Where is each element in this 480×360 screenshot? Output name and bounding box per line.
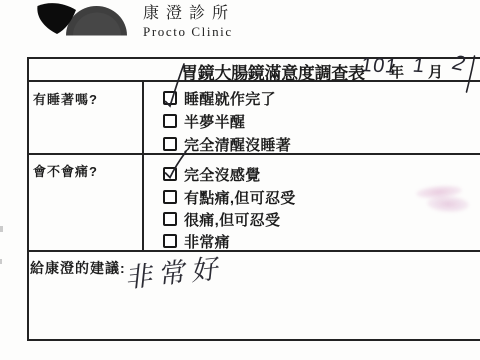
option-label: 完全沒感覺 (184, 164, 261, 185)
q1-option-row-3: 完全清醒沒睡著 (163, 136, 291, 152)
table-column-divider (142, 80, 144, 252)
table-border-row3-top (27, 250, 480, 252)
option-label: 有點痛,但可忍受 (184, 187, 296, 208)
q2-option-row-1: 完全沒感覺 (163, 166, 261, 182)
checkbox-icon (163, 114, 177, 128)
month-label: 月 (428, 61, 443, 82)
option-label: 很痛,但可忍受 (184, 209, 280, 230)
checkbox-icon (163, 137, 177, 151)
q1-option-row-1: 睡醒就作完了 (163, 90, 276, 106)
checkbox-icon (163, 212, 177, 226)
question-1-label: 有睡著嗎? (33, 89, 98, 108)
table-border-left (27, 57, 29, 341)
clinic-name-english: Procto Clinic (143, 25, 235, 38)
table-border-bottom (27, 339, 480, 341)
clinic-logo (33, 2, 129, 36)
option-label: 半夢半醒 (184, 111, 245, 132)
checkbox-icon (163, 91, 177, 105)
clinic-name-block: 康澄診所 Procto Clinic (143, 6, 235, 38)
q1-option-row-2: 半夢半醒 (163, 113, 245, 129)
form-title: 胃鏡大腸鏡滿意度調查表 (181, 59, 365, 84)
suggestion-label: 給康澄的建議: (30, 258, 126, 278)
q2-option-row-2: 有點痛,但可忍受 (163, 189, 296, 205)
year-label: 年 (389, 61, 404, 82)
clinic-name-chinese: 康澄診所 (143, 6, 235, 22)
checkbox-icon (163, 234, 177, 248)
question-2-label: 會不會痛? (33, 161, 98, 180)
scan-edge-artifact (0, 259, 2, 264)
option-label: 完全清醒沒睡著 (184, 134, 291, 155)
checkbox-icon (163, 190, 177, 204)
option-label: 睡醒就作完了 (184, 88, 276, 109)
scan-edge-artifact (0, 226, 3, 232)
q2-option-row-3: 很痛,但可忍受 (163, 211, 280, 227)
checkbox-icon (163, 167, 177, 181)
